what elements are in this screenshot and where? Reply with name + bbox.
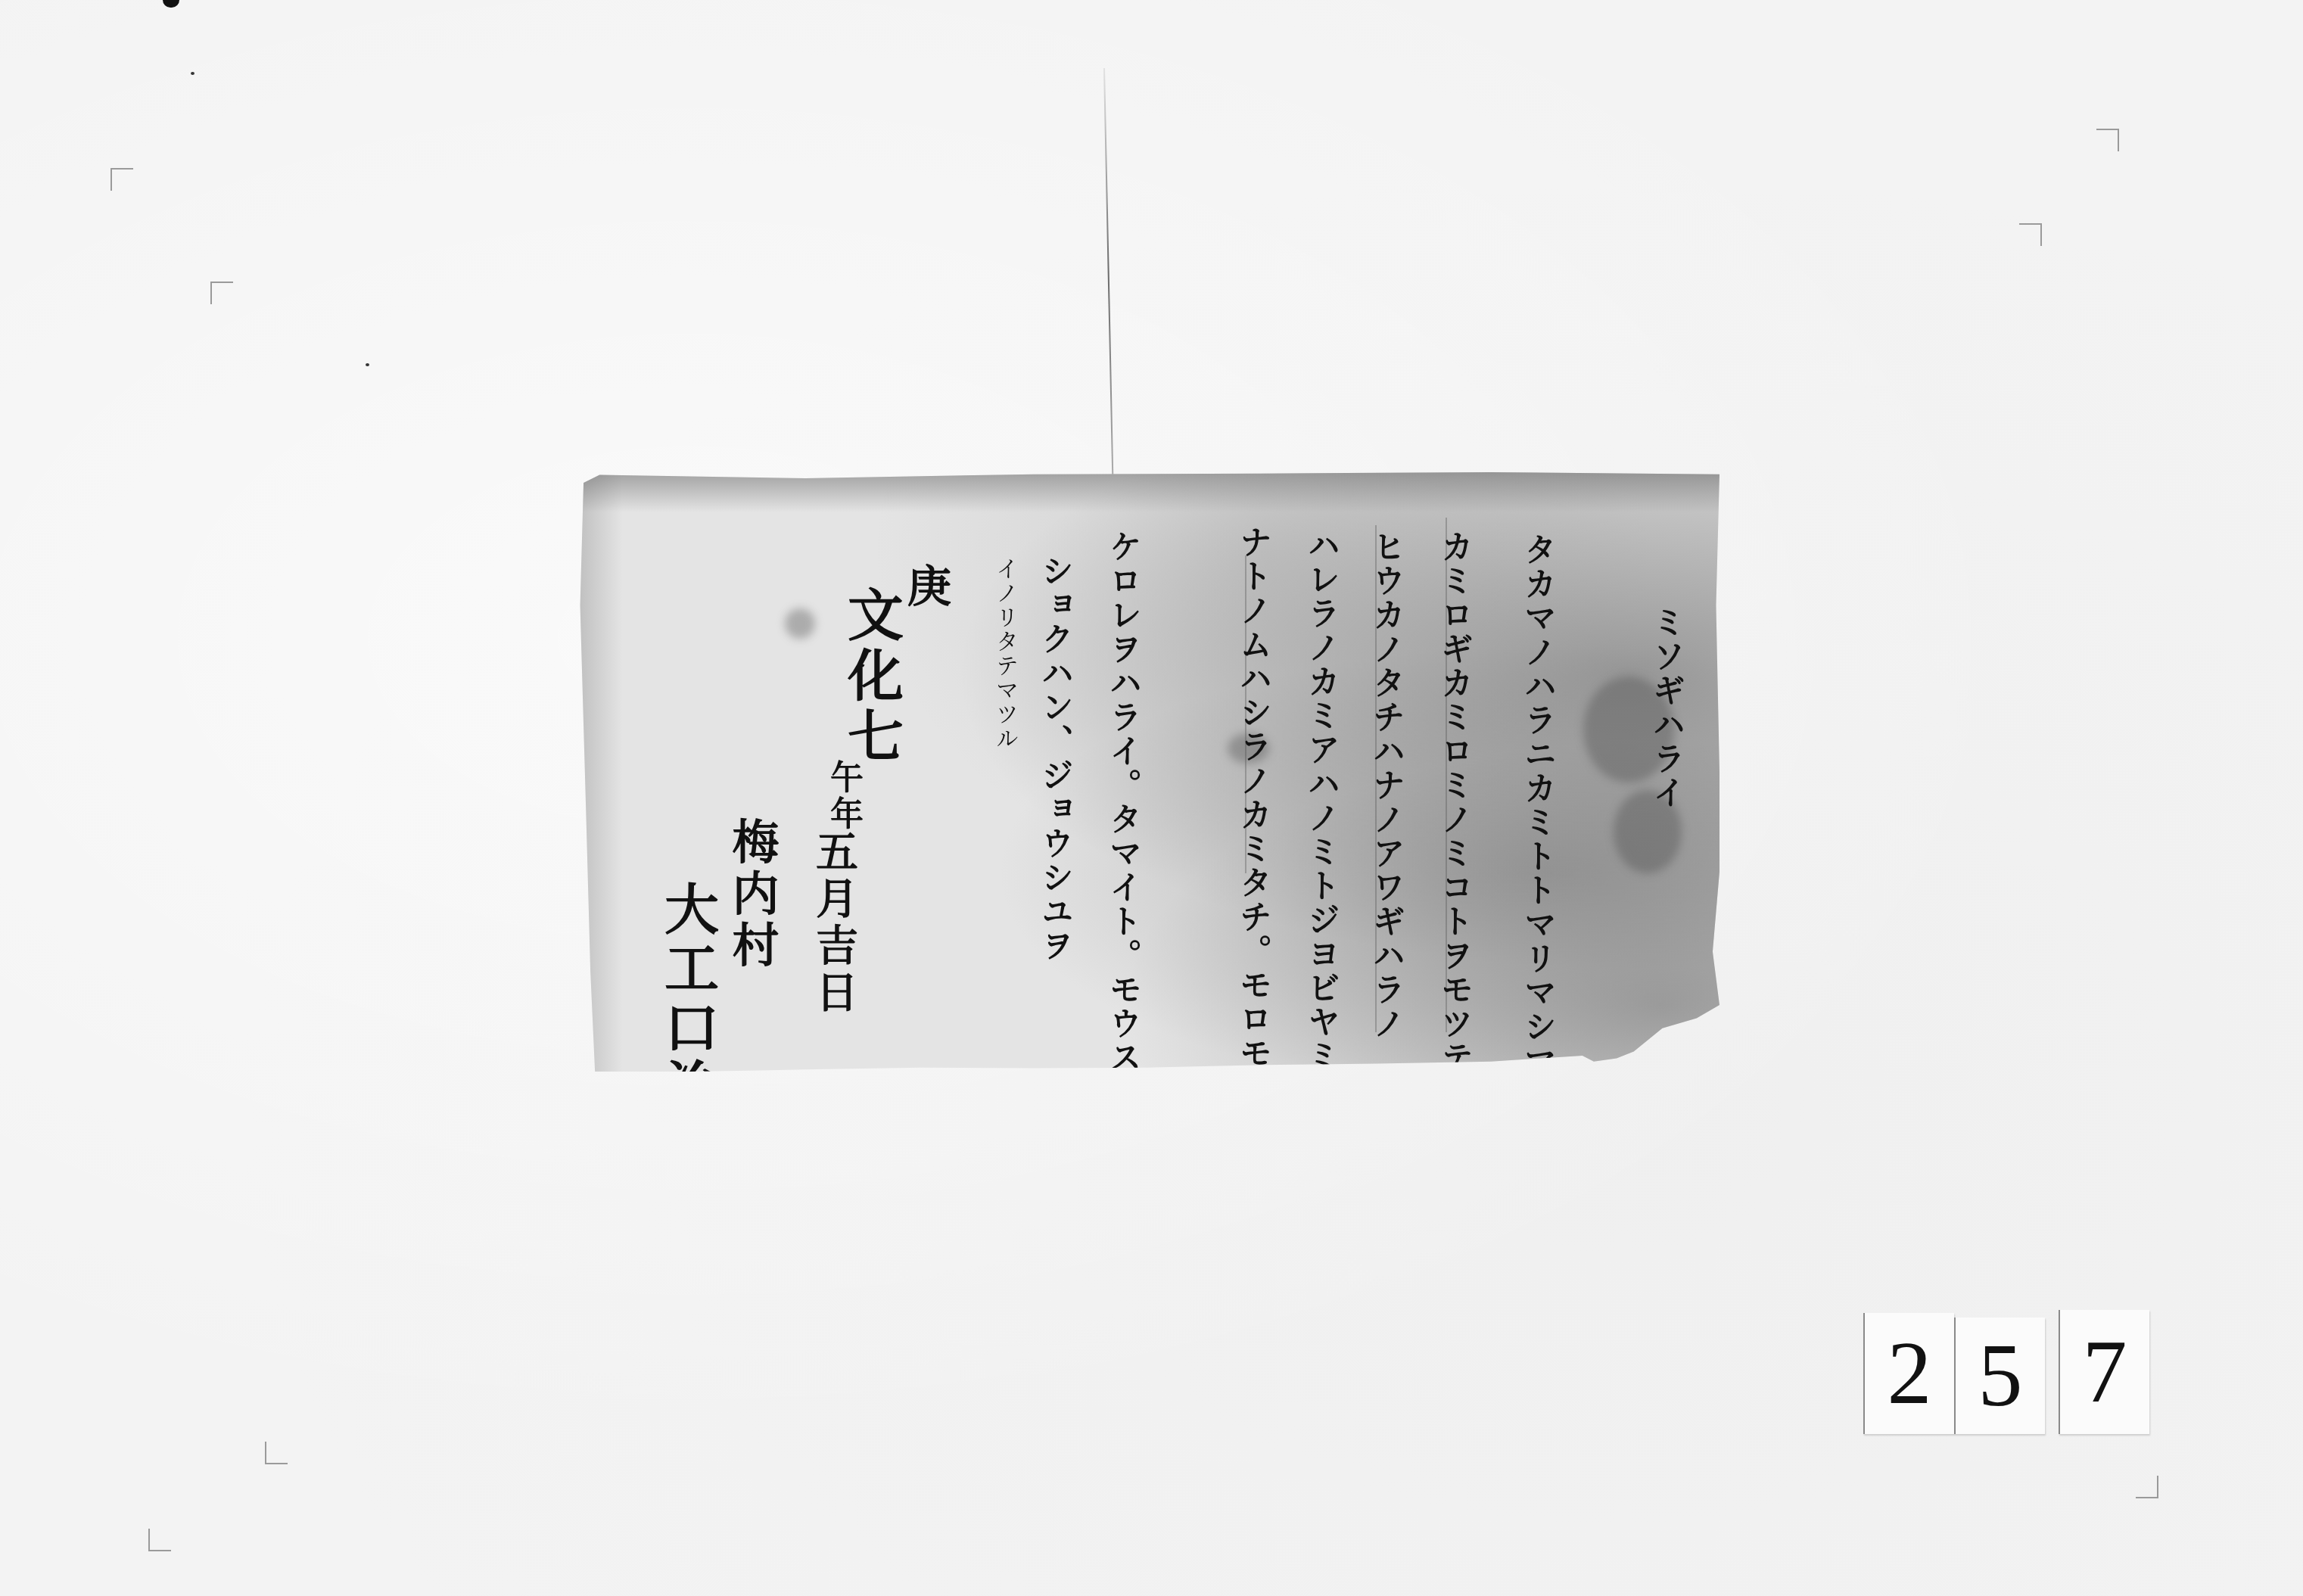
archive-number-label: 2 5 7 [1863,1313,2149,1434]
text-column-1: タカマノハラニカミトトマリマシマス [1521,533,1554,1112]
date-month-day: 五月吉日 [813,829,855,1017]
speck [191,72,195,75]
crop-mark [2136,1476,2158,1498]
crop-mark [148,1529,171,1551]
label-digit: 2 [1863,1313,1954,1434]
signature-village: 梅内村 [728,817,775,972]
text-column-8: イノリタテマツル [993,557,1016,751]
text-column-7: ショクハン、ジョウシユヲ [1038,554,1071,963]
speck [366,363,369,366]
crop-mark [210,282,233,304]
text-column-6: ケロレヲハライ。タマイト。モウス [1106,530,1139,1075]
historical-document: ミソギハライ タカマノハラニカミトトマリマシマス カミロギカミロミノミコトヲモツ… [577,472,1719,1138]
date-year-suffix: 午年 [826,760,860,832]
text-column-3: ヒウカノタチハナノアワギハラノ [1370,530,1402,1041]
text-column-2: カミロギカミロミノミコトヲモツテ。 [1438,530,1470,1109]
stain [785,608,815,639]
title-column: ミソギハライ [1650,605,1682,810]
crop-mark [2096,129,2119,151]
label-digit: 7 [2059,1310,2149,1434]
text-column-4: ハレラノカミアハノミトジヨビヤミ [1305,528,1337,1073]
crop-mark [2019,223,2042,246]
crop-mark [110,168,133,191]
date-era-year: 文化七 [843,586,899,767]
crop-mark [265,1442,288,1464]
date-zodiac: 庚 [904,563,948,611]
label-digit: 5 [1954,1318,2045,1434]
